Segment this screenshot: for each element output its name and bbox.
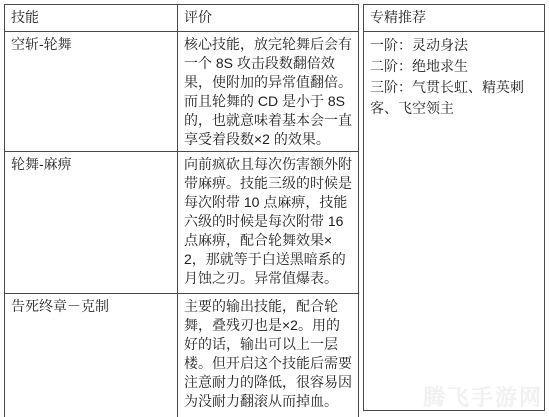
evaluation-column-header: 评价 <box>178 5 359 32</box>
document-page: 技能 评价 空斩-轮舞 核心技能，放完轮舞后会有一个 8S 攻击段数翻倍效果，使… <box>0 0 549 417</box>
specialization-table: 专精推荐 一阶：灵动身法 二阶：绝地求生 三阶：气贯长虹、精英刺客、飞空领主 <box>363 4 545 411</box>
skill-evaluation-table: 技能 评价 空斩-轮舞 核心技能，放完轮舞后会有一个 8S 攻击段数翻倍效果，使… <box>4 4 359 417</box>
skill-table-header-row: 技能 评价 <box>5 5 359 32</box>
spec-tier-3: 三阶：气贯长虹、精英刺客、飞空领主 <box>370 77 538 119</box>
skill-column-header: 技能 <box>5 5 178 32</box>
table-row: 一阶：灵动身法 二阶：绝地求生 三阶：气贯长虹、精英刺客、飞空领主 <box>364 32 545 411</box>
skill-evaluation: 主要的输出技能，配合轮舞，叠残刃也是×2。用的好的话，输出可以上一层楼。但开启这… <box>178 294 359 417</box>
skill-evaluation: 核心技能，放完轮舞后会有一个 8S 攻击段数翻倍效果，使附加的异常值翻倍。而且轮… <box>178 32 359 152</box>
skill-name: 轮舞-麻痹 <box>5 152 178 294</box>
skill-name: 空斩-轮舞 <box>5 32 178 152</box>
skill-name: 告死终章－克制 <box>5 294 178 417</box>
spec-table-header-row: 专精推荐 <box>364 5 545 32</box>
skill-evaluation: 向前疯砍且每次伤害额外附带麻痹。技能三级的时候是每次附带 10 点麻痹，技能六级… <box>178 152 359 294</box>
table-row: 空斩-轮舞 核心技能，放完轮舞后会有一个 8S 攻击段数翻倍效果，使附加的异常值… <box>5 32 359 152</box>
table-row: 轮舞-麻痹 向前疯砍且每次伤害额外附带麻痹。技能三级的时候是每次附带 10 点麻… <box>5 152 359 294</box>
spec-tier-1: 一阶：灵动身法 <box>370 35 538 56</box>
spec-column-header: 专精推荐 <box>364 5 545 32</box>
spec-tier-2: 二阶：绝地求生 <box>370 56 538 77</box>
spec-recommendations-cell: 一阶：灵动身法 二阶：绝地求生 三阶：气贯长虹、精英刺客、飞空领主 <box>364 32 545 411</box>
table-row: 告死终章－克制 主要的输出技能，配合轮舞，叠残刃也是×2。用的好的话，输出可以上… <box>5 294 359 417</box>
